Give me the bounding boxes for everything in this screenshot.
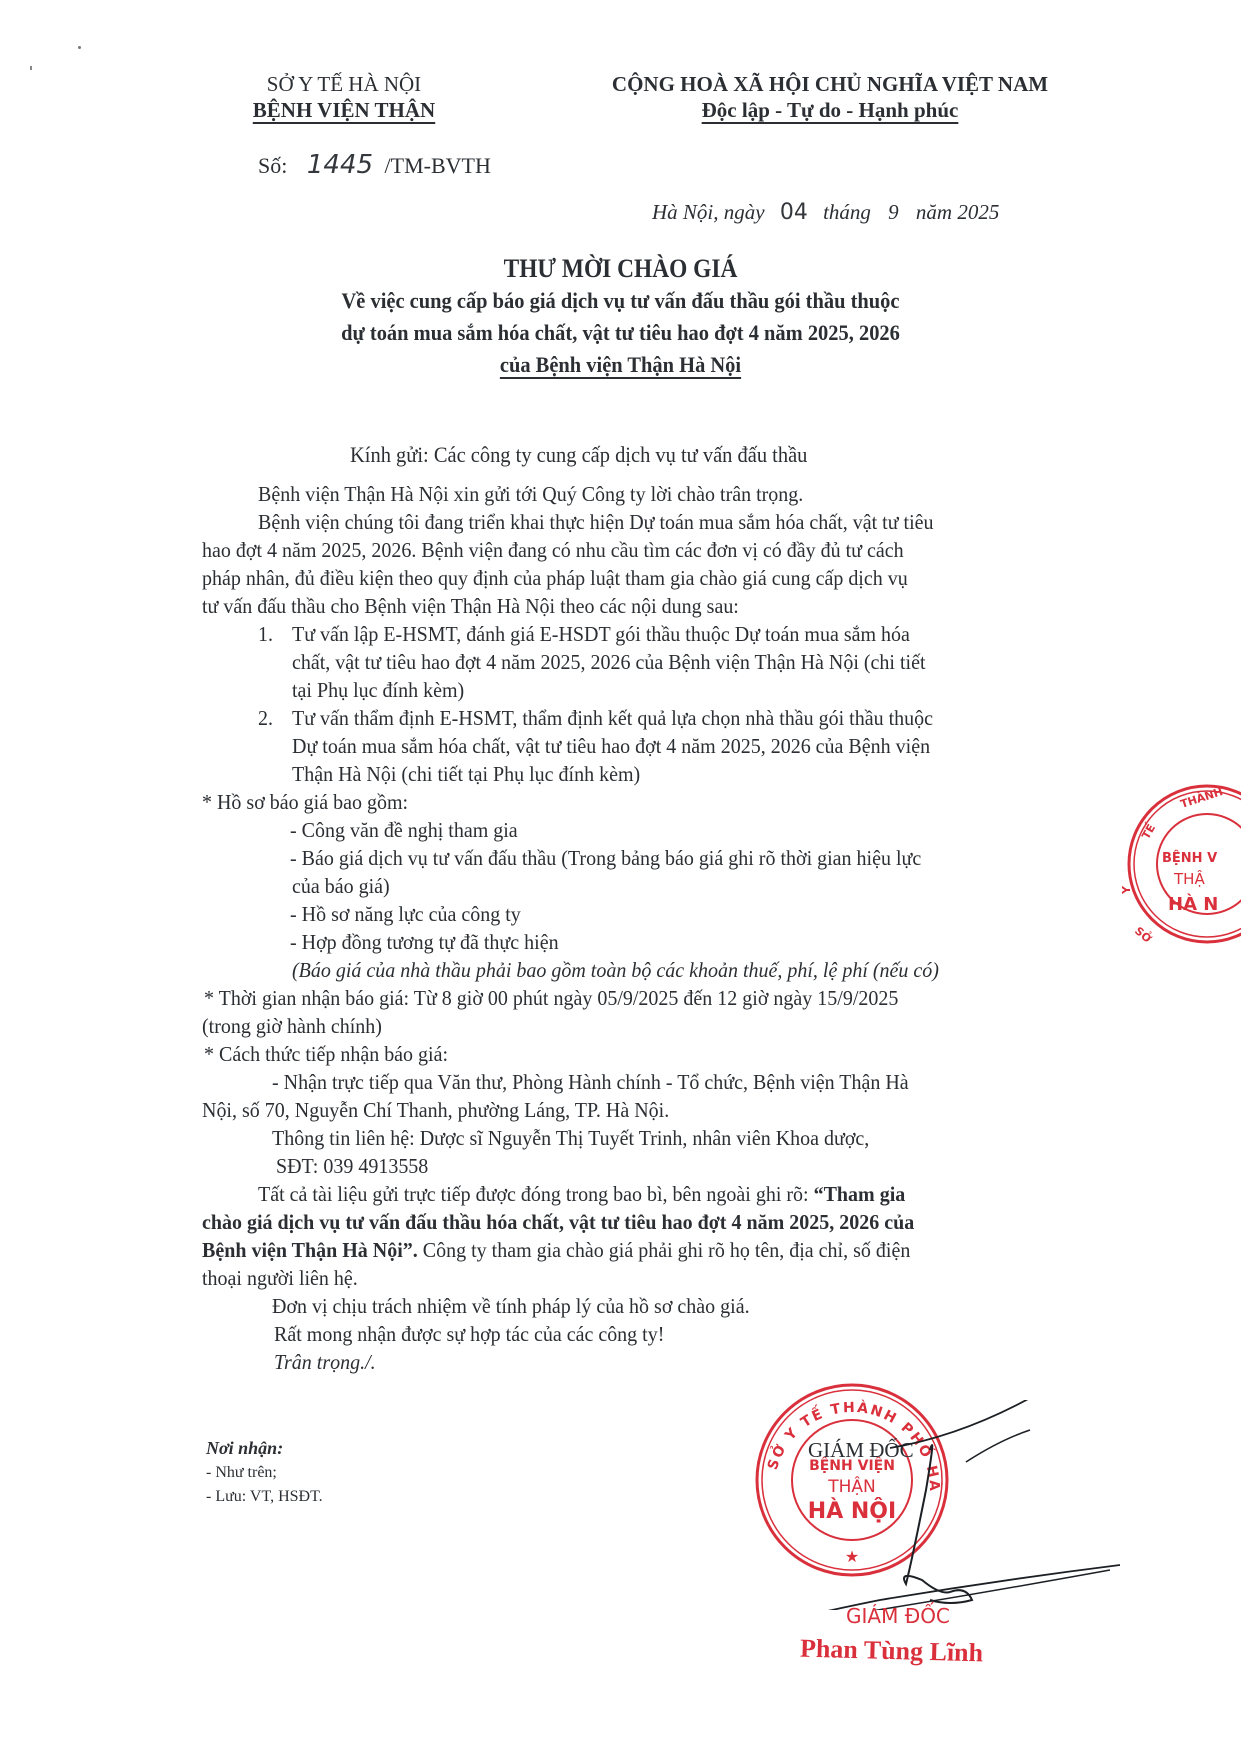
packaging-line-3: Bệnh viện Thận Hà Nội”. Công ty tham gia… [202, 1238, 910, 1263]
packaging-line-1-bold: “Tham gia [814, 1182, 906, 1206]
subject-line-1: Về việc cung cấp báo giá dịch vụ tư vấn … [43, 288, 1197, 314]
time-line-1: * Thời gian nhận báo giá: Từ 8 giờ 00 ph… [204, 986, 898, 1011]
closing-line: Trân trọng./. [274, 1350, 376, 1375]
subject-line-2-wrap: dự toán mua sắm hóa chất, vật tư tiêu ha… [0, 320, 1241, 346]
date-year: năm 2025 [916, 200, 999, 224]
dossier-note: (Báo giá của nhà thầu phải bao gồm toàn … [292, 958, 939, 983]
item-2-line-2: Dự toán mua sắm hóa chất, vật tư tiêu ha… [292, 734, 930, 759]
method-heading: * Cách thức tiếp nhận báo giá: [204, 1042, 448, 1067]
item-2-number: 2. [258, 706, 273, 731]
subject-line-1-wrap: Về việc cung cấp báo giá dịch vụ tư vấn … [0, 288, 1241, 314]
item-1-line-2: chất, vật tư tiêu hao đợt 4 năm 2025, 20… [292, 650, 926, 675]
intro-line-4: tư vấn đấu thầu cho Bệnh viện Thận Hà Nộ… [202, 594, 739, 619]
intro-line-3: pháp nhân, đủ điều kiện theo quy định củ… [202, 566, 908, 591]
packaging-line-2: chào giá dịch vụ tư vấn đấu thầu hóa chấ… [202, 1210, 914, 1235]
svg-text:Y: Y [1120, 885, 1133, 895]
subject-line-3: của Bệnh viện Thận Hà Nội [43, 352, 1197, 378]
date-prefix: Hà Nội, ngày [652, 200, 765, 224]
phone-line: SĐT: 039 4913558 [276, 1154, 428, 1179]
scan-speck [30, 66, 32, 70]
dossier-heading: * Hồ sơ báo giá bao gồm: [202, 790, 408, 815]
salutation: Kính gửi: Các công ty cung cấp dịch vụ t… [350, 442, 807, 468]
item-1-number: 1. [258, 622, 273, 647]
number-suffix: /TM-BVTH [385, 153, 491, 178]
responsibility-line: Đơn vị chịu trách nhiệm về tính pháp lý … [272, 1294, 750, 1319]
dossier-item-2-cont: của báo giá) [292, 874, 390, 899]
date-month: 9 [888, 200, 899, 224]
nation-motto: Độc lập - Tự do - Hạnh phúc [600, 98, 1060, 123]
svg-text:SỞ: SỞ [1132, 924, 1155, 944]
intro-line-1: Bệnh viện chúng tôi đang triển khai thực… [258, 510, 934, 535]
svg-text:BỆNH V: BỆNH V [1162, 850, 1217, 866]
packaging-line-3-plain: Công ty tham gia chào giá phải ghi rõ họ… [418, 1238, 911, 1262]
dossier-item-4: - Hợp đồng tương tự đã thực hiện [290, 930, 559, 955]
method-line-2: Nội, số 70, Nguyễn Chí Thanh, phường Lán… [202, 1098, 669, 1123]
contact-line: Thông tin liên hệ: Dược sĩ Nguyễn Thị Tu… [272, 1126, 869, 1151]
item-2-line-3: Thận Hà Nội (chi tiết tại Phụ lục đính k… [292, 762, 640, 787]
time-line-2: (trong giờ hành chính) [202, 1014, 382, 1039]
department-name: SỞ Y TẾ HÀ NỘI [246, 72, 442, 97]
date-month-label: tháng [823, 200, 871, 224]
packaging-line-1: Tất cả tài liệu gửi trực tiếp được đóng … [258, 1182, 905, 1207]
dossier-item-3: - Hồ sơ năng lực của công ty [290, 902, 521, 927]
dossier-item-2: - Báo giá dịch vụ tư vấn đấu thầu (Trong… [290, 846, 921, 871]
document-number: Số: 1445 /TM-BVTH [258, 150, 491, 180]
item-1-line-3: tại Phụ lục đính kèm) [292, 678, 464, 703]
packaging-line-3-bold: Bệnh viện Thận Hà Nội”. [202, 1238, 418, 1262]
svg-text:HÀ N: HÀ N [1168, 893, 1218, 915]
svg-text:THẬ: THẬ [1173, 869, 1205, 888]
date-day: 04 [780, 200, 808, 225]
recipient-item-1: - Như trên; [206, 1464, 277, 1482]
scan-speck [78, 46, 81, 49]
signer-name: Phan Tùng Lĩnh [800, 1634, 984, 1669]
number-label: Số: [258, 153, 287, 178]
recipients-heading: Nơi nhận: [206, 1438, 283, 1459]
item-2-line-1: Tư vấn thẩm định E-HSMT, thẩm định kết q… [292, 706, 933, 731]
margin-seal: THÀNH TẾ Y BỆNH V THẬ HÀ N SỞ [1112, 784, 1241, 944]
document-title: THƯ MỜI CHÀO GIÁ [62, 254, 1179, 284]
dossier-item-1: - Công văn đề nghị tham gia [290, 818, 518, 843]
subject-line-3-wrap: của Bệnh viện Thận Hà Nội [0, 352, 1241, 378]
document-date: Hà Nội, ngày 04 tháng 9 năm 2025 [652, 200, 999, 225]
number-handwritten: 1445 [307, 150, 373, 180]
signature-role-stamp: GIÁM ĐỐC [846, 1604, 950, 1628]
hospital-name: BỆNH VIỆN THẬN [236, 98, 452, 123]
packaging-line-4: thoại người liên hệ. [202, 1266, 358, 1291]
subject-line-2: dự toán mua sắm hóa chất, vật tư tiêu ha… [43, 320, 1197, 346]
packaging-line-1-plain: Tất cả tài liệu gửi trực tiếp được đóng … [258, 1182, 814, 1206]
cooperation-line: Rất mong nhận được sự hợp tác của các cô… [274, 1322, 664, 1347]
recipient-item-2: - Lưu: VT, HSĐT. [206, 1488, 323, 1506]
intro-line-2: hao đợt 4 năm 2025, 2026. Bệnh viện đang… [202, 538, 904, 563]
greeting: Bệnh viện Thận Hà Nội xin gửi tới Quý Cô… [258, 482, 803, 507]
document-title-block: THƯ MỜI CHÀO GIÁ [0, 254, 1241, 284]
handwritten-signature [700, 1400, 1120, 1610]
nation-title: CỘNG HOÀ XÃ HỘI CHỦ NGHĨA VIỆT NAM [600, 72, 1060, 97]
item-1-line-1: Tư vấn lập E-HSMT, đánh giá E-HSDT gói t… [292, 622, 910, 647]
method-line-1: - Nhận trực tiếp qua Văn thư, Phòng Hành… [272, 1070, 909, 1095]
